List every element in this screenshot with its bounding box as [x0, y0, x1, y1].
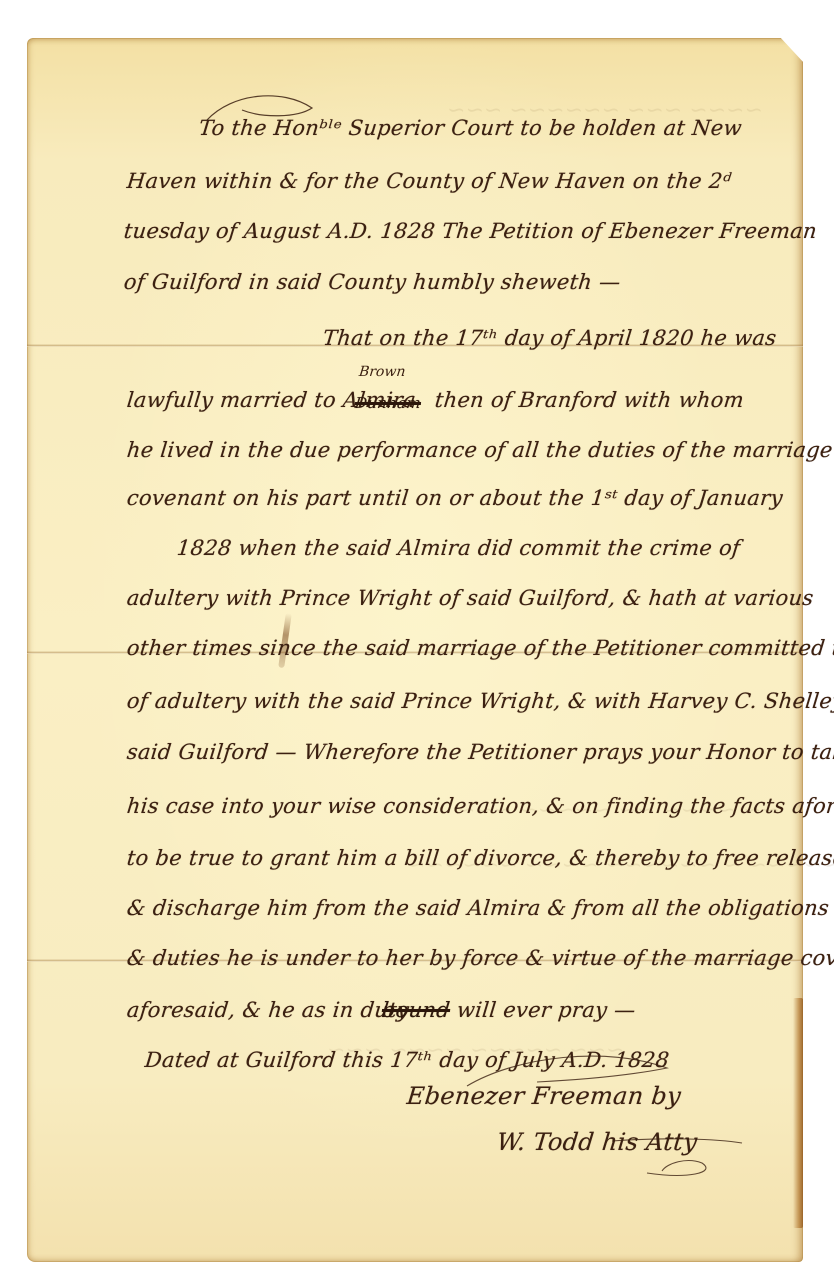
text-line-16: & discharge him from the said Almira & f… [126, 896, 831, 920]
text-line-3: tuesday of August A.D. 1828 The Petition… [123, 219, 819, 243]
text-line-1: To the Honᵇˡᵉ Superior Court to be holde… [198, 116, 743, 140]
interlineation: Brown [358, 364, 406, 380]
text-line-5: That on the 17ᵗʰ day of April 1820 he wa… [322, 326, 778, 350]
text-line-11: other times since the said marriage of t… [126, 636, 834, 660]
date-line: Dated at Guilford this 17ᵗʰ day of July … [144, 1048, 671, 1072]
text-line-13: said Guilford — Wherefore the Petitioner… [126, 740, 834, 764]
text-line-12: of adultery with the said Prince Wright,… [126, 689, 834, 713]
text-line-2: Haven within & for the County of New Hav… [126, 169, 733, 193]
clipped-corner [779, 36, 805, 64]
text-line-6b: then of Branford with whom [434, 388, 745, 412]
attorney-signature: W. Todd his Atty [496, 1128, 699, 1156]
text-line-9: 1828 when the said Almira did commit the… [176, 536, 742, 560]
text-line-18b: will ever pray — [456, 998, 637, 1022]
struck-word: bound [381, 998, 452, 1022]
text-line-17: & duties he is under to her by force & v… [126, 946, 834, 970]
text-line-10: adultery with Prince Wright of said Guil… [126, 586, 815, 610]
edge-stain [793, 998, 803, 1228]
text-line-8: covenant on his part until on or about t… [126, 486, 784, 510]
text-line-4: of Guilford in said County humbly shewet… [123, 270, 622, 294]
manuscript-page: ~~~~ ~~~ ~~~~~~ ~~~ ~~ ~~~~ ~~ ~~~~~ ~~~… [27, 38, 803, 1262]
text-line-15: to be true to grant him a bill of divorc… [126, 846, 834, 870]
struck-word: Dunham [354, 394, 422, 412]
text-line-7: he lived in the due performance of all t… [126, 438, 834, 462]
text-line-18a: aforesaid, & he as in duty [126, 998, 411, 1022]
petitioner-signature: Ebenezer Freeman by [406, 1082, 683, 1110]
text-line-14: his case into your wise consideration, &… [126, 794, 834, 818]
